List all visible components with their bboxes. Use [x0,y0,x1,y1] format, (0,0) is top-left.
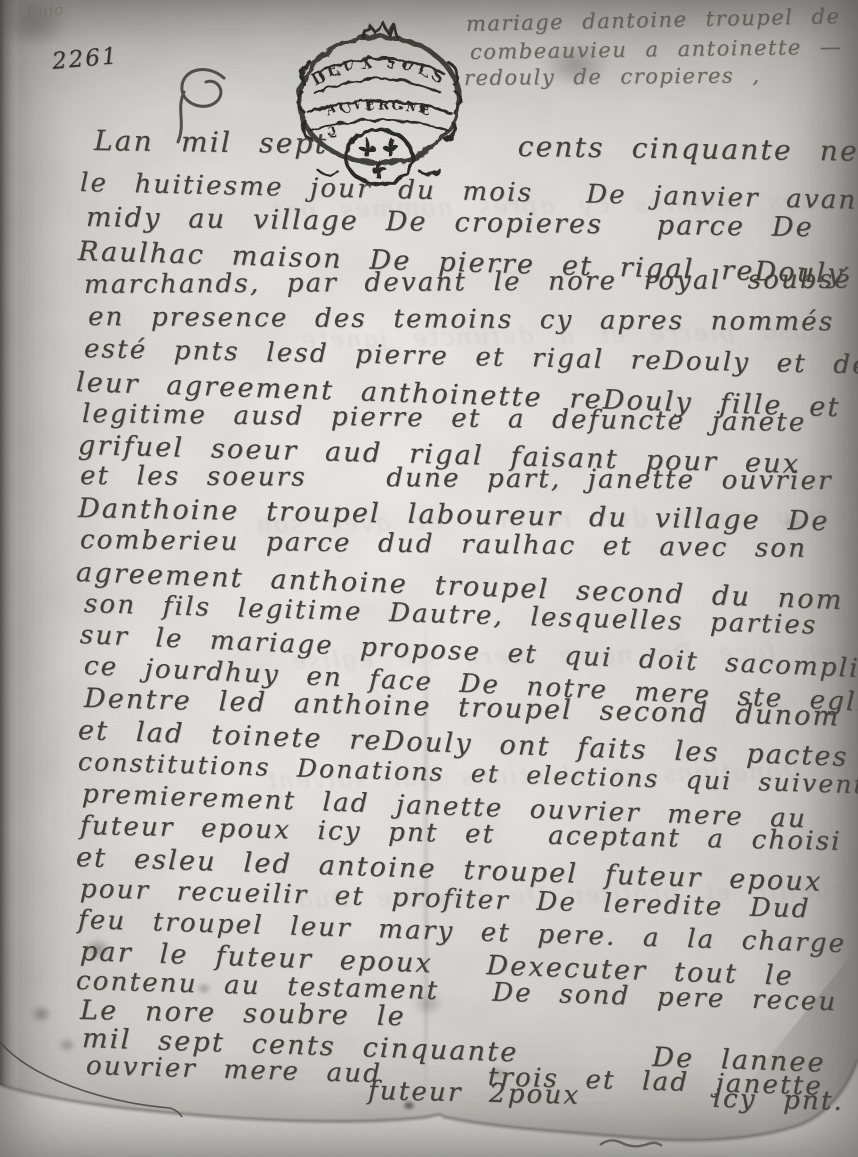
scan-left-edge-shadow [0,0,12,1157]
revenue-stamp-deux-sols-auvergne: DEUX SOLS AUVERGNE 2 4 [290,20,468,190]
stamp-banner-top-text: DEUX SOLS [308,53,450,89]
manuscript-scan-page: en presence des temoins cy apres nommés … [0,0,858,1157]
stamp-banner-bottom-text: AUVERGNE [324,97,433,119]
svg-text:AUVERGNE: AUVERGNE [324,97,433,119]
faint-corner-annotation: Enjo [25,1,64,22]
header-note-line: redouly de cropieres , [464,63,761,90]
page-number: 2261 [51,43,120,75]
header-note-line: mariage dantoine troupel de [466,4,841,36]
manuscript-line: Lan mil sept cents cinquante neuf — [94,124,858,169]
left-fold-highlight [15,0,20,1157]
manuscript-line: et les soeurs dune part, janette ouvrier… [80,461,858,497]
manuscript-line: marchands, par devant le nore royal soub… [84,265,852,300]
manuscript-line: en presence des temoins cy apres nommés … [88,302,858,338]
header-note-line: combeauvieu a antoinette — [470,35,843,64]
svg-text:DEUX SOLS: DEUX SOLS [308,53,450,89]
